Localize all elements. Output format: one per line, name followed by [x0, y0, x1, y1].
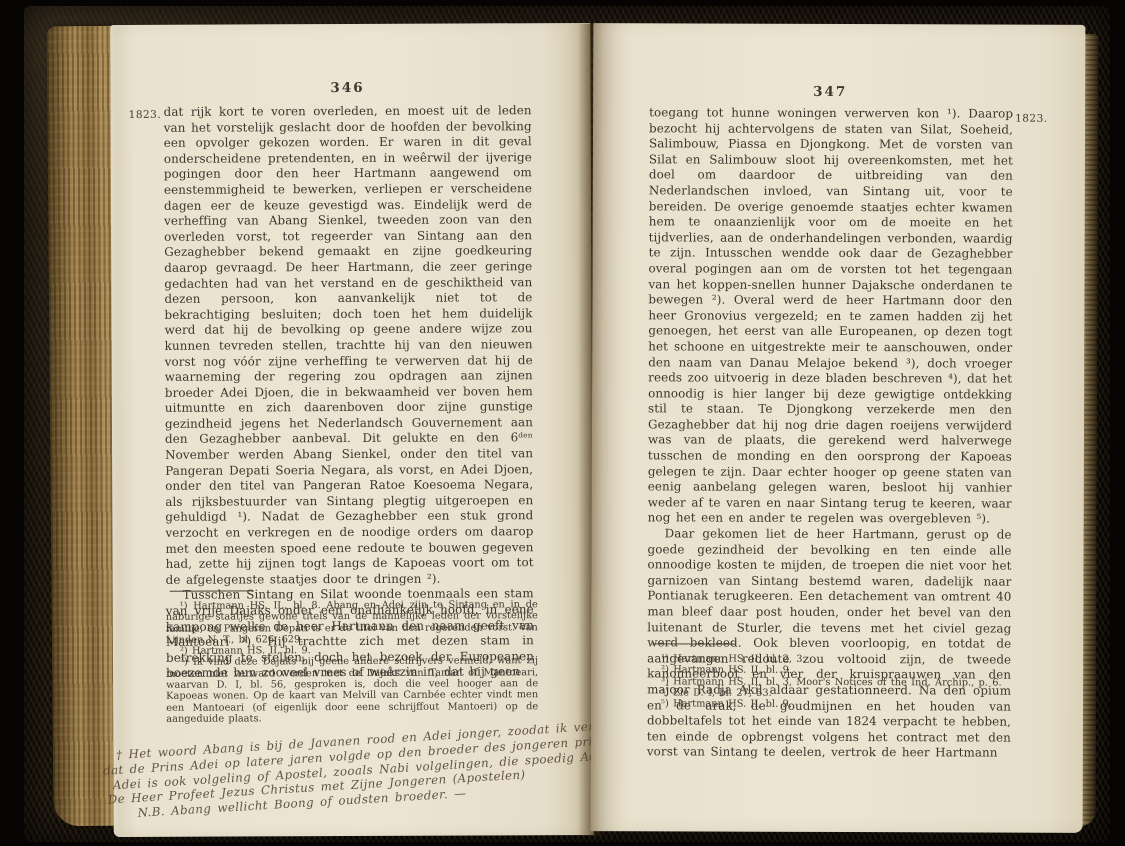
margin-year-right: 1823. — [1015, 113, 1048, 125]
page-number-right: 347 — [649, 83, 1011, 100]
handwritten-annotation: † Het woord Abang is bij de Javanen rood… — [102, 719, 598, 822]
footnote: ¹) Hartmann HS. II., bl. 8. Abang en Ade… — [166, 599, 538, 646]
left-page-body: dat rijk kort te voren overleden, en moe… — [164, 103, 535, 682]
photo-background: 346 1823. dat rijk kort te voren overled… — [0, 0, 1125, 846]
footnote: ³) Ik vind deze Dajaks bij geene andere … — [166, 656, 538, 725]
page-number-left: 346 — [163, 79, 531, 97]
paragraph: dat rijk kort te voren overleden, en moe… — [164, 103, 534, 588]
right-page: 347 1823. toegang tot hunne woningen ver… — [591, 23, 1086, 833]
left-page: 346 1823. dat rijk kort te voren overled… — [110, 23, 594, 837]
footnote: ⁵) Hartmann HS. II, bl. 9. — [647, 699, 1019, 712]
margin-year-left: 1823. — [129, 109, 162, 121]
left-page-footnotes: ¹) Hartmann HS. II., bl. 8. Abang en Ade… — [166, 599, 539, 725]
footnote: ²) Hartmann HS. II, bl. 9. — [647, 665, 1019, 678]
right-page-footnotes: ¹) Hartmann HS. II, bl. 2, 3. ²) Hartman… — [647, 653, 1019, 711]
paragraph: toegang tot hunne woningen verwerven kon… — [648, 105, 1013, 527]
